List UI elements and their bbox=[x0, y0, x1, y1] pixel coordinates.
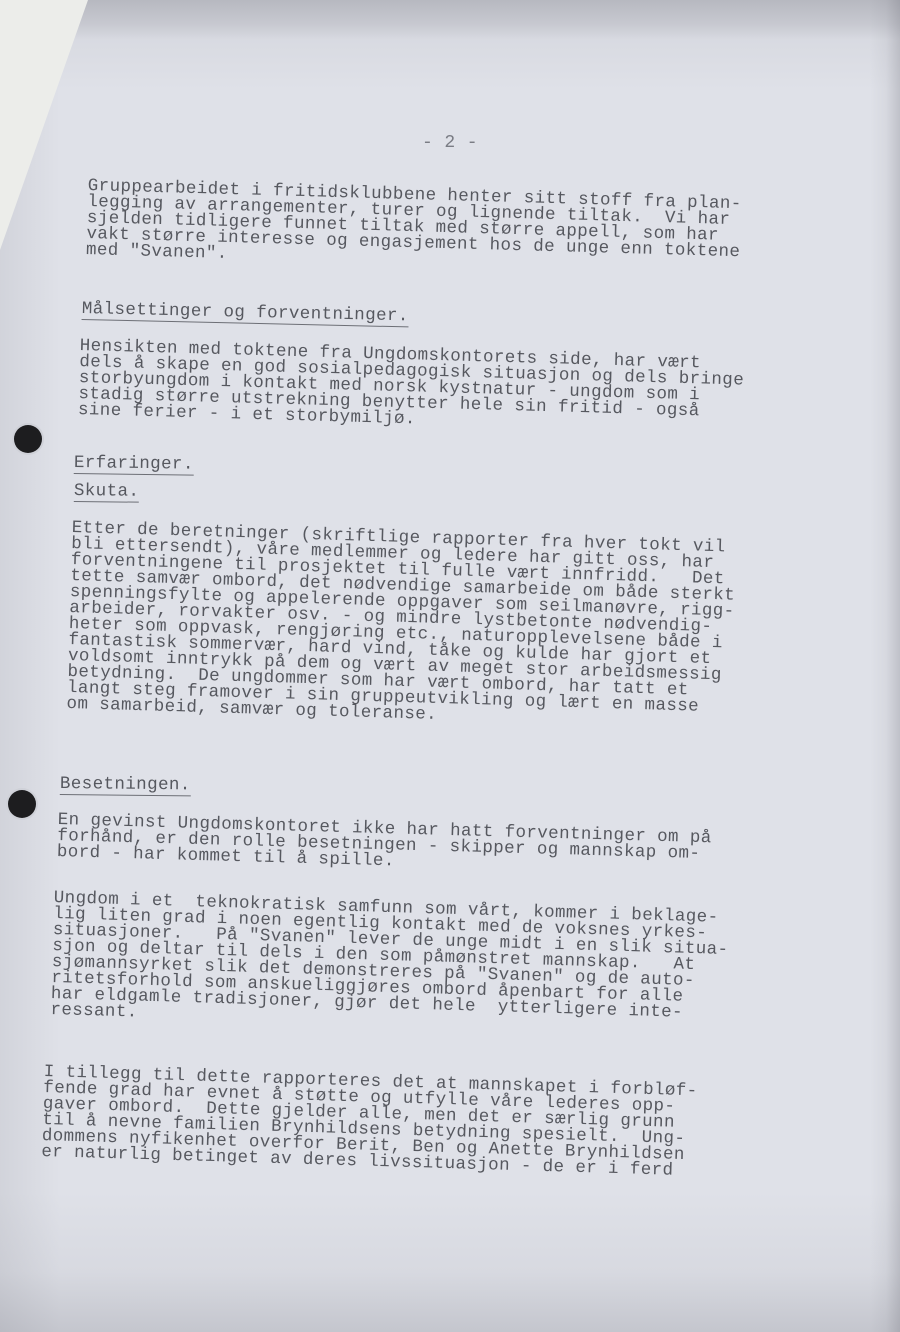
heading-malsettinger: Målsettinger og forventninger. bbox=[82, 300, 409, 327]
paragraph-besetningen-2: Ungdom i et teknokratisk samfunn som vår… bbox=[50, 890, 729, 1038]
paragraph-besetningen-1: En gevinst Ungdomskontoret ikke har hatt… bbox=[57, 812, 712, 878]
paragraph-intro: Gruppearbeidet i fritidsklubbene henter … bbox=[86, 178, 742, 276]
page-text: - 2 - Gruppearbeidet i fritidsklubbene h… bbox=[0, 0, 900, 1332]
heading-skuta: Skuta. bbox=[74, 482, 140, 503]
heading-besetningen: Besetningen. bbox=[60, 775, 191, 796]
page-number: - 2 - bbox=[422, 133, 478, 153]
paragraph-besetningen-3: I tillegg til dette rapporteres det at m… bbox=[41, 1064, 698, 1179]
paragraph-skuta: Etter de beretninger (skriftlige rapport… bbox=[66, 520, 736, 732]
paragraph-malsettinger: Hensikten med toktene fra Ungdomskontore… bbox=[78, 338, 745, 437]
heading-erfaringer: Erfaringer. bbox=[74, 454, 194, 476]
